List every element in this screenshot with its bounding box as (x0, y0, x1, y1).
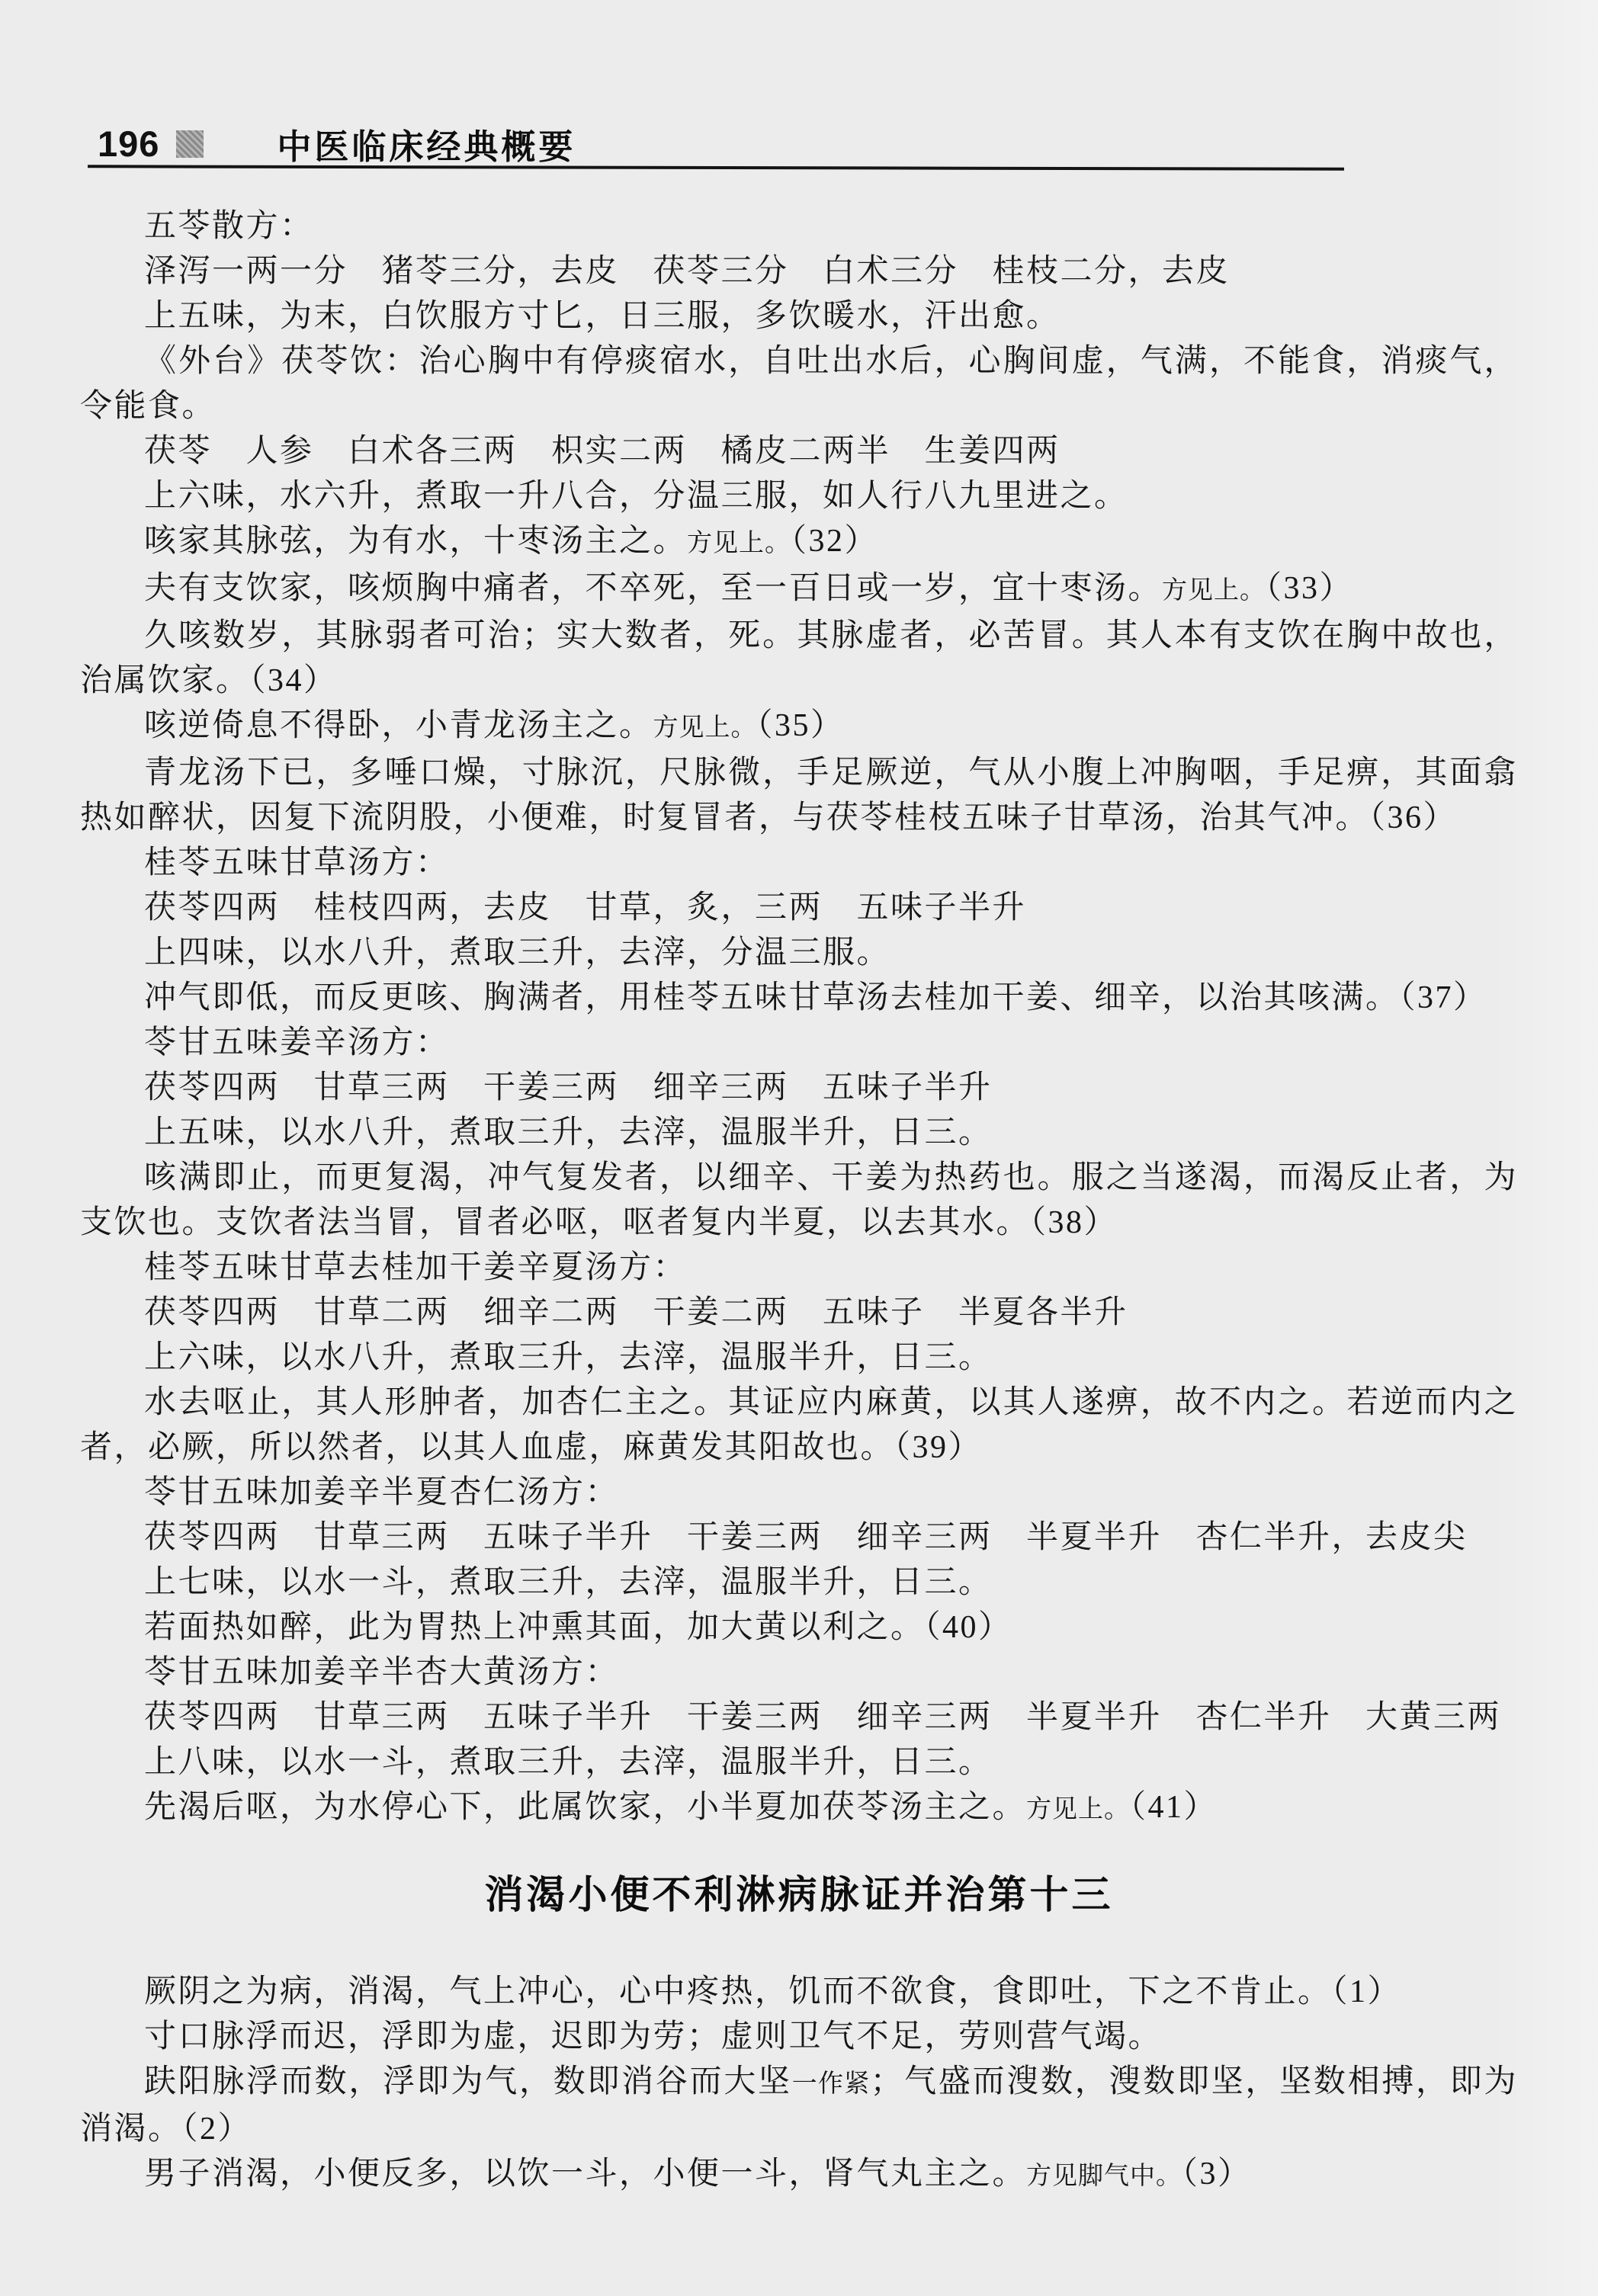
book-title: 中医临床经典概要 (277, 119, 576, 168)
body-paragraph: 咳逆倚息不得卧，小青龙汤主之。方见上。（35） (80, 704, 1518, 751)
text-segment: （32） (791, 524, 878, 559)
chapter-heading: 消渴小便不利淋病脉证并治第十三 (80, 1872, 1518, 1919)
body-paragraph: 厥阴之为病，消渴，气上冲心，心中疼热，饥而不欲食，食即吐，下之不肯止。（1） (80, 1970, 1518, 2015)
body-paragraph: 泽泻一两一分 猪苓三分，去皮 茯苓三分 白术三分 桂枝二分，去皮 (80, 249, 1518, 294)
text-segment: 茯苓 人参 白术各三两 枳实二两 橘皮二两半 生姜四两 (144, 434, 1061, 469)
body-paragraph: 男子消渴，小便反多，以饮一斗，小便一斗，肾气丸主之。方见脚气中。（3） (80, 2152, 1518, 2199)
body-paragraph: 茯苓四两 甘草三两 干姜三两 细辛三两 五味子半升 (80, 1066, 1518, 1111)
page-header: 196 中医临床经典概要 (98, 119, 1514, 168)
text-segment: （35） (757, 708, 845, 743)
text-segment: （41） (1130, 1790, 1218, 1825)
body-paragraph: 上五味，以水八升，煮取三升，去滓，温服半升，日三。 (80, 1111, 1518, 1156)
text-segment: 咳满即止，而更复渴，冲气复发者，以细辛、干姜为热药也。服之当遂渴，而渴反止者，为… (80, 1160, 1518, 1240)
text-segment: 上五味，为末，白饮服方寸匕，日三服，多饮暖水，汗出愈。 (144, 299, 1061, 334)
body-paragraph: 苓甘五味姜辛汤方： (80, 1021, 1518, 1066)
body-paragraph: 久咳数岁，其脉弱者可治；实大数者，死。其脉虚者，必苦冒。其人本有支饮在胸中故也，… (80, 614, 1518, 704)
body-paragraph: 上四味，以水八升，煮取三升，去滓，分温三服。 (80, 931, 1518, 976)
text-segment: 若面热如醉，此为胃热上冲熏其面，加大黄以利之。（40） (144, 1610, 1012, 1645)
text-segment: 趺阳脉浮而数，浮即为气，数即消谷而大坚 (144, 2064, 792, 2099)
text-segment: 苓甘五味姜辛汤方： (144, 1025, 450, 1060)
text-segment: 消渴小便不利淋病脉证并治第十三 (484, 1874, 1113, 1917)
body-paragraph: 茯苓四两 桂枝四两，去皮 甘草，炙，三两 五味子半升 (80, 886, 1518, 931)
page-number: 196 (98, 123, 159, 165)
inline-note: 方见上。 (1026, 1796, 1130, 1823)
section-marker-icon (176, 130, 204, 158)
body-paragraph: 上六味，水六升，煮取一升八合，分温三服，如人行八九里进之。 (80, 474, 1518, 519)
body-paragraph: 茯苓四两 甘草二两 细辛二两 干姜二两 五味子 半夏各半升 (80, 1291, 1518, 1336)
text-segment: 上五味，以水八升，煮取三升，去滓，温服半升，日三。 (144, 1115, 993, 1150)
text-segment: 茯苓四两 甘草三两 干姜三两 细辛三两 五味子半升 (144, 1070, 993, 1105)
text-segment: 久咳数岁，其脉弱者可治；实大数者，死。其脉虚者，必苦冒。其人本有支饮在胸中故也，… (80, 618, 1518, 698)
text-segment: 青龙汤下已，多唾口燥，寸脉沉，尺脉微，手足厥逆，气从小腹上冲胸咽，手足痹，其面翕… (80, 755, 1518, 835)
text-segment: 寸口脉浮而迟，浮即为虚，迟即为劳；虚则卫气不足，劳则营气竭。 (144, 2019, 1162, 2054)
body-paragraph: 水去呕止，其人形肿者，加杏仁主之。其证应内麻黄，以其人遂痹，故不内之。若逆而内之… (80, 1380, 1518, 1470)
body-paragraph: 寸口脉浮而迟，浮即为虚，迟即为劳；虚则卫气不足，劳则营气竭。 (80, 2015, 1518, 2060)
text-segment: 咳家其脉弦，为有水，十枣汤主之。 (144, 524, 687, 559)
document-body: 五苓散方：泽泻一两一分 猪苓三分，去皮 茯苓三分 白术三分 桂枝二分，去皮上五味… (80, 204, 1518, 2199)
inline-note: 方见上。 (1162, 577, 1266, 604)
text-segment: 《外台》茯苓饮：治心胸中有停痰宿水，自吐出水后，心胸间虚，气满，不能食，消痰气，… (80, 344, 1518, 424)
body-paragraph: 桂苓五味甘草去桂加干姜辛夏汤方： (80, 1246, 1518, 1291)
text-segment: （3） (1182, 2157, 1252, 2192)
text-segment: 咳逆倚息不得卧，小青龙汤主之。 (144, 708, 653, 743)
text-segment: 上八味，以水一斗，煮取三升，去滓，温服半升，日三。 (144, 1745, 993, 1780)
text-segment: 水去呕止，其人形肿者，加杏仁主之。其证应内麻黄，以其人遂痹，故不内之。若逆而内之… (80, 1385, 1518, 1465)
text-segment: 苓甘五味加姜辛半夏杏仁汤方： (144, 1475, 619, 1510)
body-paragraph: 苓甘五味加姜辛半杏大黄汤方： (80, 1650, 1518, 1695)
body-paragraph: 苓甘五味加姜辛半夏杏仁汤方： (80, 1470, 1518, 1515)
text-segment: 上六味，以水八升，煮取三升，去滓，温服半升，日三。 (144, 1340, 993, 1375)
text-segment: 桂苓五味甘草去桂加干姜辛夏汤方： (144, 1250, 687, 1285)
body-paragraph: 五苓散方： (80, 204, 1518, 249)
body-paragraph: 茯苓 人参 白术各三两 枳实二两 橘皮二两半 生姜四两 (80, 429, 1518, 474)
text-segment: 夫有支饮家，咳烦胸中痛者，不卒死，至一百日或一岁，宜十枣汤。 (144, 571, 1162, 606)
body-paragraph: 桂苓五味甘草汤方： (80, 841, 1518, 886)
body-paragraph: 青龙汤下已，多唾口燥，寸脉沉，尺脉微，手足厥逆，气从小腹上冲胸咽，手足痹，其面翕… (80, 751, 1518, 841)
body-paragraph: 《外台》茯苓饮：治心胸中有停痰宿水，自吐出水后，心胸间虚，气满，不能食，消痰气，… (80, 339, 1518, 429)
body-paragraph: 上六味，以水八升，煮取三升，去滓，温服半升，日三。 (80, 1336, 1518, 1380)
page: { "page": { "number": "196", "book_title… (0, 0, 1598, 2296)
text-segment: 茯苓四两 甘草三两 五味子半升 干姜三两 细辛三两 半夏半升 杏仁半升 大黄三两 (144, 1700, 1501, 1735)
text-segment: 苓甘五味加姜辛半杏大黄汤方： (144, 1655, 619, 1690)
text-segment: 冲气即低，而反更咳、胸满者，用桂苓五味甘草汤去桂加干姜、细辛，以治其咳满。（37… (144, 980, 1487, 1015)
body-paragraph: 上七味，以水一斗，煮取三升，去滓，温服半升，日三。 (80, 1560, 1518, 1605)
text-segment: 上六味，水六升，煮取一升八合，分温三服，如人行八九里进之。 (144, 479, 1128, 514)
text-segment: 茯苓四两 桂枝四两，去皮 甘草，炙，三两 五味子半升 (144, 890, 1026, 925)
text-segment: 男子消渴，小便反多，以饮一斗，小便一斗，肾气丸主之。 (144, 2157, 1026, 2192)
inline-note: 一作紧 (792, 2070, 871, 2098)
body-paragraph: 冲气即低，而反更咳、胸满者，用桂苓五味甘草汤去桂加干姜、细辛，以治其咳满。（37… (80, 976, 1518, 1021)
text-segment: 泽泻一两一分 猪苓三分，去皮 茯苓三分 白术三分 桂枝二分，去皮 (144, 254, 1230, 289)
body-paragraph: 趺阳脉浮而数，浮即为气，数即消谷而大坚一作紧；气盛而溲数，溲数即坚，坚数相搏，即… (80, 2060, 1518, 2152)
body-paragraph: 上八味，以水一斗，煮取三升，去滓，温服半升，日三。 (80, 1740, 1518, 1785)
text-segment: 上四味，以水八升，煮取三升，去滓，分温三服。 (144, 935, 890, 970)
body-paragraph: 茯苓四两 甘草三两 五味子半升 干姜三两 细辛三两 半夏半升 杏仁半升，去皮尖 (80, 1515, 1518, 1560)
text-segment: 茯苓四两 甘草二两 细辛二两 干姜二两 五味子 半夏各半升 (144, 1295, 1128, 1330)
text-segment: （33） (1266, 571, 1353, 606)
body-paragraph: 上五味，为末，白饮服方寸匕，日三服，多饮暖水，汗出愈。 (80, 294, 1518, 339)
body-paragraph: 夫有支饮家，咳烦胸中痛者，不卒死，至一百日或一岁，宜十枣汤。方见上。（33） (80, 566, 1518, 614)
inline-note: 方见脚气中。 (1026, 2163, 1182, 2190)
body-paragraph: 茯苓四两 甘草三两 五味子半升 干姜三两 细辛三两 半夏半升 杏仁半升 大黄三两 (80, 1695, 1518, 1740)
body-paragraph: 咳满即止，而更复渴，冲气复发者，以细辛、干姜为热药也。服之当遂渴，而渴反止者，为… (80, 1156, 1518, 1246)
text-segment: 桂苓五味甘草汤方： (144, 845, 450, 880)
text-segment: 上七味，以水一斗，煮取三升，去滓，温服半升，日三。 (144, 1565, 993, 1600)
body-paragraph: 若面热如醉，此为胃热上冲熏其面，加大黄以利之。（40） (80, 1605, 1518, 1650)
text-segment: 先渴后呕，为水停心下，此属饮家，小半夏加茯苓汤主之。 (144, 1790, 1026, 1825)
text-segment: 厥阴之为病，消渴，气上冲心，心中疼热，饥而不欲食，食即吐，下之不肯止。（1） (144, 1974, 1401, 2009)
text-segment: 五苓散方： (144, 209, 314, 244)
body-paragraph: 咳家其脉弦，为有水，十枣汤主之。方见上。（32） (80, 519, 1518, 566)
inline-note: 方见上。 (653, 714, 757, 742)
inline-note: 方见上。 (687, 530, 791, 557)
body-paragraph: 先渴后呕，为水停心下，此属饮家，小半夏加茯苓汤主之。方见上。（41） (80, 1785, 1518, 1833)
text-segment: 茯苓四两 甘草三两 五味子半升 干姜三两 细辛三两 半夏半升 杏仁半升，去皮尖 (144, 1520, 1468, 1555)
